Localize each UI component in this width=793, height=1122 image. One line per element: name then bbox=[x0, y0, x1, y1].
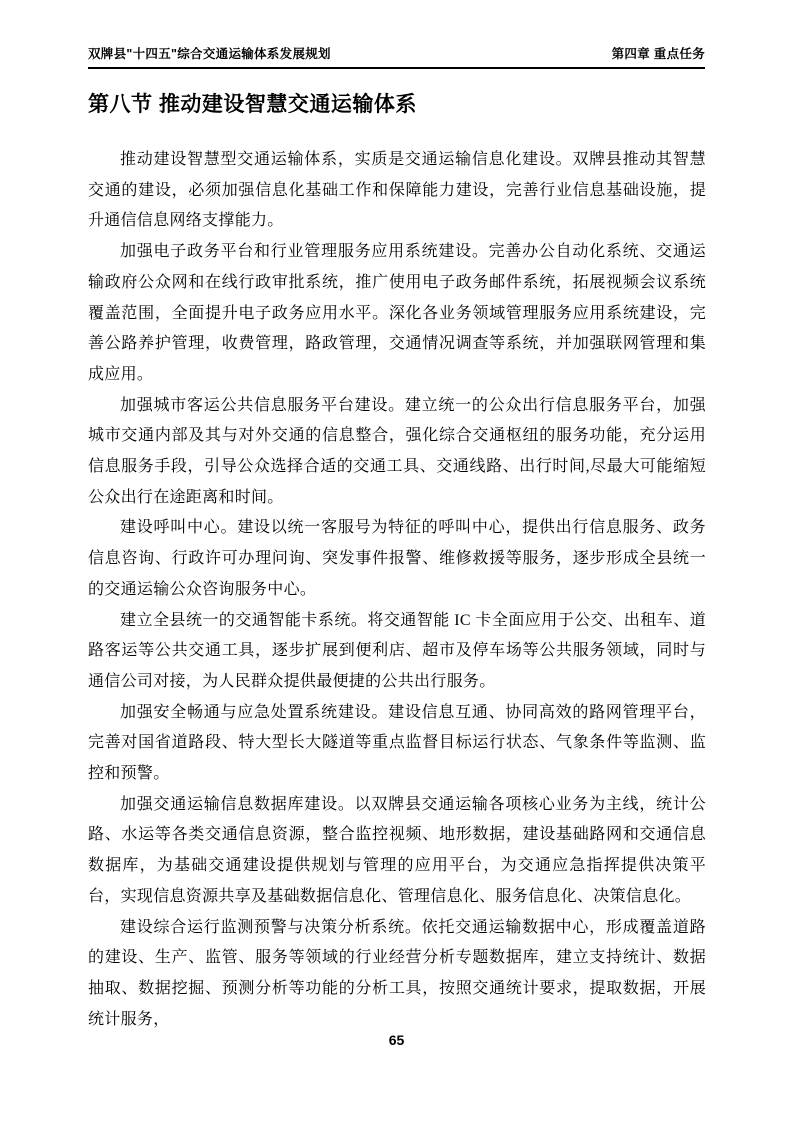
header-chapter-label: 第四章 重点任务 bbox=[612, 44, 705, 62]
body-text: 推动建设智慧型交通运输体系，实质是交通运输信息化建设。双牌县推动其智慧交通的建设… bbox=[88, 145, 706, 1035]
page-header: 双牌县"十四五"综合交通运输体系发展规划 第四章 重点任务 bbox=[88, 44, 705, 69]
paragraph: 加强电子政务平台和行业管理服务应用系统建设。完善办公自动化系统、交通运输政府公众… bbox=[88, 237, 706, 391]
document-page: 双牌县"十四五"综合交通运输体系发展规划 第四章 重点任务 第八节 推动建设智慧… bbox=[0, 0, 793, 1122]
page-number: 65 bbox=[0, 1032, 793, 1048]
paragraph: 建立全县统一的交通智能卡系统。将交通智能 IC 卡全面应用于公交、出租车、道路客… bbox=[88, 606, 706, 698]
header-document-title: 双牌县"十四五"综合交通运输体系发展规划 bbox=[88, 44, 331, 62]
paragraph: 推动建设智慧型交通运输体系，实质是交通运输信息化建设。双牌县推动其智慧交通的建设… bbox=[88, 145, 706, 237]
section-title: 第八节 推动建设智慧交通运输体系 bbox=[88, 88, 705, 118]
paragraph: 加强城市客运公共信息服务平台建设。建立统一的公众出行信息服务平台，加强城市交通内… bbox=[88, 391, 706, 514]
paragraph: 建设综合运行监测预警与决策分析系统。依托交通运输数据中心，形成覆盖道路的建设、生… bbox=[88, 913, 706, 1036]
paragraph: 加强交通运输信息数据库建设。以双牌县交通运输各项核心业务为主线，统计公路、水运等… bbox=[88, 790, 706, 913]
paragraph: 加强安全畅通与应急处置系统建设。建设信息互通、协同高效的路网管理平台，完善对国省… bbox=[88, 698, 706, 790]
paragraph: 建设呼叫中心。建设以统一客服号为特征的呼叫中心，提供出行信息服务、政务信息咨询、… bbox=[88, 513, 706, 605]
